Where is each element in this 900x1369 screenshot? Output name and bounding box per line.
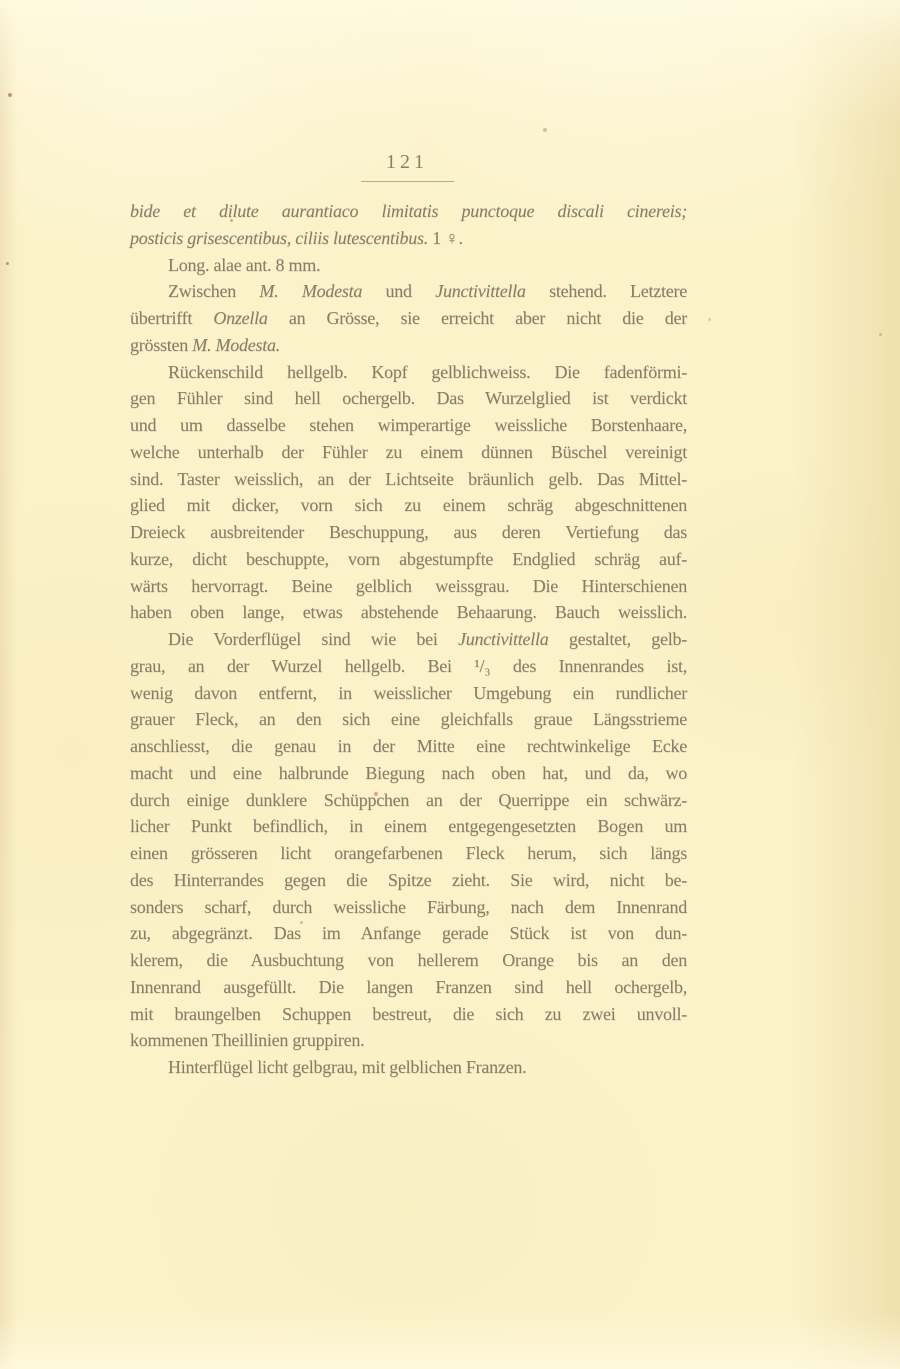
text-line: Rückenschild hellgelb. Kopf gelblichweis… [130,359,687,386]
text-segment: an Grösse, sie erreicht aber nicht die d… [268,308,687,328]
italic-text-segment: Junctivittella [435,281,525,301]
text-segment: einen grösseren licht orangefarbenen Fle… [130,843,687,863]
text-line: gen Fühler sind hell ochergelb. Das Wurz… [130,385,687,412]
text-segment: des Hinterrandes gegen die Spitze zieht.… [130,870,687,890]
italic-text-segment: bide et dilute aurantiaco limitatis punc… [130,201,687,221]
text-segment: sonders scharf, durch weissliche Färbung… [130,897,687,917]
paragraph-latin-diagnosis: bide et dilute aurantiaco limitatis punc… [130,198,687,252]
text-segment: Dreieck ausbreitender Beschuppung, aus d… [130,522,687,542]
page-number-rule [361,181,454,182]
text-segment: sind. Taster weisslich, an der Lichtseit… [130,469,687,489]
paragraph-hindwing-description: Hinterflügel licht gelbgrau, mit gelblic… [130,1054,687,1081]
text-segment: macht und eine halbrunde Biegung nach ob… [130,763,687,783]
text-segment: 1 ♀. [432,228,463,248]
text-segment: und [362,281,435,301]
text-segment: Innenrand ausgefüllt. Die langen Franzen… [130,977,687,997]
text-line: grössten M. Modesta. [130,332,687,359]
text-segment: klerem, die Ausbuchtung von hellerem Ora… [130,950,687,970]
text-segment: mit braungelben Schuppen bestreut, die s… [130,1004,687,1024]
paragraph-body-description: Rückenschild hellgelb. Kopf gelblichweis… [130,359,687,627]
text-segment: grössten [130,335,192,355]
text-line: Innenrand ausgefüllt. Die langen Franzen… [130,974,687,1001]
text-line: mit braungelben Schuppen bestreut, die s… [130,1001,687,1028]
paper-speck [300,921,303,924]
text-segment: Rückenschild hellgelb. Kopf gelblichweis… [168,362,687,382]
text-line: sonders scharf, durch weissliche Färbung… [130,894,687,921]
paper-speck [6,262,9,265]
paper-speck [543,128,547,132]
text-segment: Die Vorderflügel sind wie bei [168,629,458,649]
text-line: haben oben lange, etwas abstehende Behaa… [130,599,687,626]
text-segment: licher Punkt befindlich, in einem entgeg… [130,816,687,836]
text-segment: wenig davon entfernt, in weisslicher Umg… [130,683,687,703]
italic-text-segment: Onzella [213,308,267,328]
text-line: zu, abgegränzt. Das im Anfange gerade St… [130,920,687,947]
text-line: licher Punkt befindlich, in einem entgeg… [130,813,687,840]
text-line: sind. Taster weisslich, an der Lichtseit… [130,466,687,493]
text-segment: gen Fühler sind hell ochergelb. Das Wurz… [130,388,687,408]
text-line: grau, an der Wurzel hellgelb. Bei ¹/₃ de… [130,653,687,680]
text-segment: durch einige dunklere Schüppchen an der … [130,790,687,810]
text-segment: Long. alae ant. 8 mm. [168,255,320,275]
text-segment: Zwischen [168,281,259,301]
text-line: einen grösseren licht orangefarbenen Fle… [130,840,687,867]
paper-speck [879,333,882,336]
text-line: bide et dilute aurantiaco limitatis punc… [130,198,687,225]
paragraph-forewing-description: Die Vorderflügel sind wie bei Junctivitt… [130,626,687,1054]
italic-text-segment: M. Modesta. [192,335,280,355]
text-line: wenig davon entfernt, in weisslicher Umg… [130,680,687,707]
text-line: kommenen Theillinien gruppiren. [130,1027,687,1054]
text-segment: grau, an der Wurzel hellgelb. Bei ¹/₃ de… [130,656,687,676]
text-line: macht und eine halbrunde Biegung nach ob… [130,760,687,787]
paper-speck [8,93,12,97]
paper-speck [230,219,233,222]
text-segment: wärts hervorragt. Beine gelblich weissgr… [130,576,687,596]
text-line: Long. alae ant. 8 mm. [130,252,687,279]
text-block: bide et dilute aurantiaco limitatis punc… [130,198,687,1081]
text-segment: grauer Fleck, an den sich eine gleichfal… [130,709,687,729]
paragraph-measurement: Long. alae ant. 8 mm. [130,252,687,279]
text-line: kurze, dicht beschuppte, vorn abgestumpf… [130,546,687,573]
text-line: wärts hervorragt. Beine gelblich weissgr… [130,573,687,600]
italic-text-segment: posticis grisescentibus, ciliis lutescen… [130,228,432,248]
text-segment: übertrifft [130,308,213,328]
text-line: klerem, die Ausbuchtung von hellerem Ora… [130,947,687,974]
text-line: des Hinterrandes gegen die Spitze zieht.… [130,867,687,894]
text-line: Die Vorderflügel sind wie bei Junctivitt… [130,626,687,653]
text-segment: stehend. Letztere [526,281,687,301]
text-line: Zwischen M. Modesta und Junctivittella s… [130,278,687,305]
text-line: welche unterhalb der Fühler zu einem dün… [130,439,687,466]
text-line: und um dasselbe stehen wimperartige weis… [130,412,687,439]
paragraph-comparison: Zwischen M. Modesta und Junctivittella s… [130,278,687,358]
italic-text-segment: Junctivittella [458,629,548,649]
text-line: posticis grisescentibus, ciliis lutescen… [130,225,687,252]
text-segment: kommenen Theillinien gruppiren. [130,1030,364,1050]
text-segment: glied mit dicker, vorn sich zu einem sch… [130,495,687,515]
text-segment: kurze, dicht beschuppte, vorn abgestumpf… [130,549,687,569]
text-line: grauer Fleck, an den sich eine gleichfal… [130,706,687,733]
text-segment: zu, abgegränzt. Das im Anfange gerade St… [130,923,687,943]
paper-speck [708,318,711,321]
text-line: durch einige dunklere Schüppchen an der … [130,787,687,814]
text-segment: anschliesst, die genau in der Mitte eine… [130,736,687,756]
text-line: anschliesst, die genau in der Mitte eine… [130,733,687,760]
page-number: 121 [0,151,814,174]
text-line: glied mit dicker, vorn sich zu einem sch… [130,492,687,519]
text-segment: gestaltet, gelb- [549,629,688,649]
text-line: Hinterflügel licht gelbgrau, mit gelblic… [130,1054,687,1081]
text-segment: Hinterflügel licht gelbgrau, mit gelblic… [168,1057,526,1077]
italic-text-segment: M. Modesta [259,281,362,301]
text-segment: haben oben lange, etwas abstehende Behaa… [130,602,687,622]
paper-speck [374,792,378,796]
text-line: übertrifft Onzella an Grösse, sie erreic… [130,305,687,332]
text-segment: und um dasselbe stehen wimperartige weis… [130,415,687,435]
text-line: Dreieck ausbreitender Beschuppung, aus d… [130,519,687,546]
scanned-book-page: 121 bide et dilute aurantiaco limitatis … [0,0,900,1369]
text-segment: welche unterhalb der Fühler zu einem dün… [130,442,687,462]
